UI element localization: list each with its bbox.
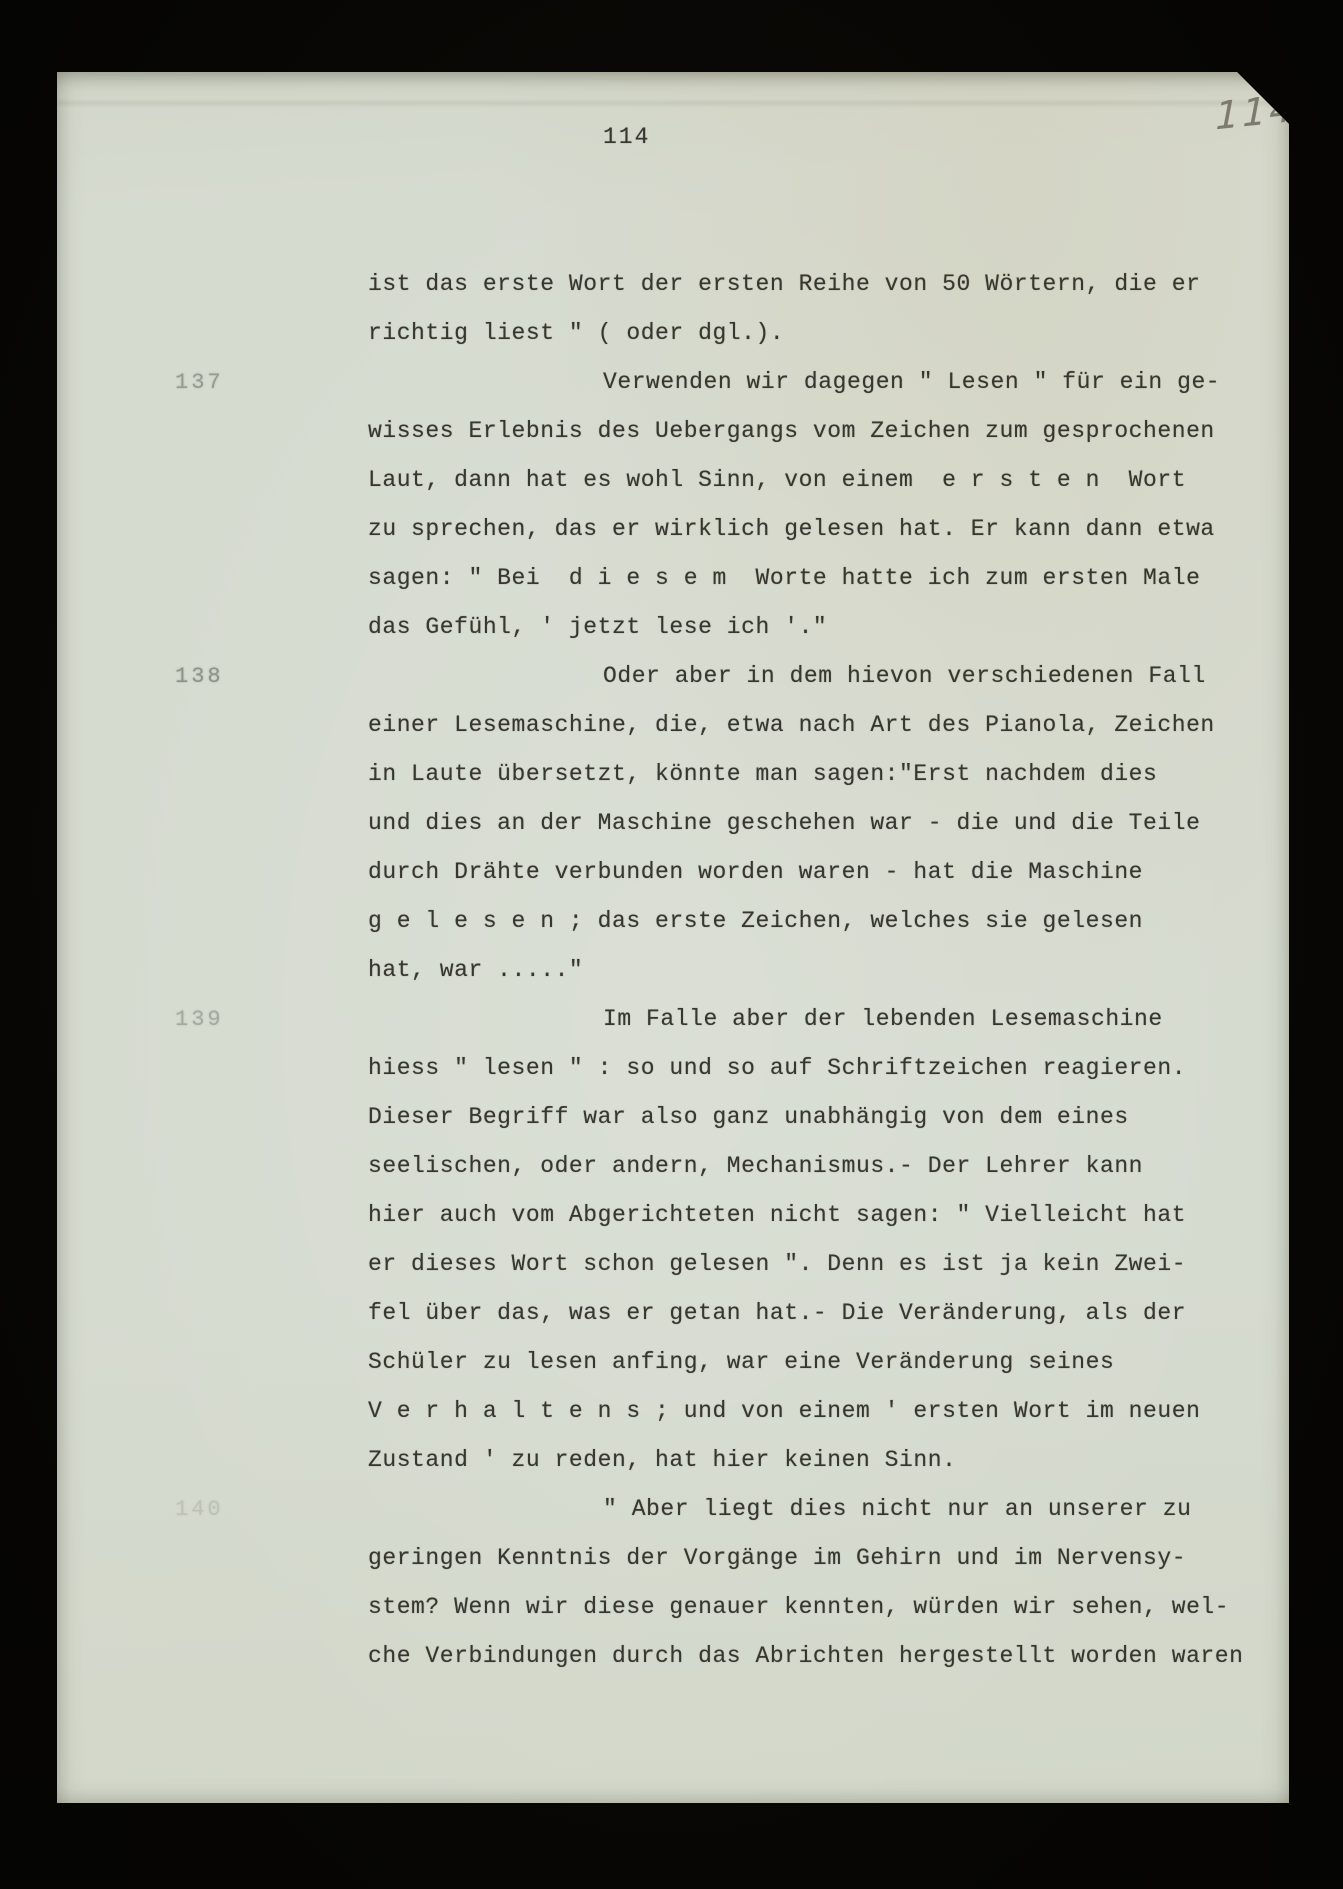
text-line-content: durch Drähte verbunden worden waren - ha… (368, 859, 1143, 885)
text-line: Laut, dann hat es wohl Sinn, von einem e… (368, 456, 1268, 505)
text-line: che Verbindungen durch das Abrichten her… (368, 1632, 1268, 1681)
margin-paragraph-number: 140 (175, 1485, 224, 1534)
text-line-content: che Verbindungen durch das Abrichten her… (368, 1643, 1244, 1669)
text-line: er dieses Wort schon gelesen ". Denn es … (368, 1240, 1268, 1289)
text-line: zu sprechen, das er wirklich gelesen hat… (368, 505, 1268, 554)
text-line: Zustand ' zu reden, hat hier keinen Sinn… (368, 1436, 1268, 1485)
text-block: ist das erste Wort der ersten Reihe von … (368, 260, 1268, 1681)
text-line-content: und dies an der Maschine geschehen war -… (368, 810, 1200, 836)
text-line-content: in Laute übersetzt, könnte man sagen:"Er… (368, 761, 1157, 787)
text-line: fel über das, was er getan hat.- Die Ver… (368, 1289, 1268, 1338)
paper-crease (57, 98, 1289, 108)
text-line: durch Drähte verbunden worden waren - ha… (368, 848, 1268, 897)
paper-page: 114 114 ist das erste Wort der ersten Re… (57, 72, 1289, 1803)
text-line-content: Dieser Begriff war also ganz unabhängig … (368, 1104, 1129, 1130)
text-line-content: V e r h a l t e n s ; und von einem ' er… (368, 1398, 1200, 1424)
text-line-content: geringen Kenntnis der Vorgänge im Gehirn… (368, 1545, 1186, 1571)
handwritten-page-number: 114 (1215, 86, 1296, 139)
margin-paragraph-number: 139 (175, 995, 224, 1044)
text-line: V e r h a l t e n s ; und von einem ' er… (368, 1387, 1268, 1436)
text-line: und dies an der Maschine geschehen war -… (368, 799, 1268, 848)
text-line-content: stem? Wenn wir diese genauer kennten, wü… (368, 1594, 1229, 1620)
typed-page-number: 114 (603, 124, 650, 150)
text-line-content: zu sprechen, das er wirklich gelesen hat… (368, 516, 1215, 542)
text-line-content: hat, war ....." (368, 957, 583, 983)
text-line: das Gefühl, ' jetzt lese ich '." (368, 603, 1268, 652)
text-line: geringen Kenntnis der Vorgänge im Gehirn… (368, 1534, 1268, 1583)
text-line-content: Zustand ' zu reden, hat hier keinen Sinn… (368, 1447, 956, 1473)
text-line: sagen: " Bei d i e s e m Worte hatte ich… (368, 554, 1268, 603)
text-line-content: Oder aber in dem hievon verschiedenen Fa… (603, 663, 1206, 689)
text-line: wisses Erlebnis des Uebergangs vom Zeich… (368, 407, 1268, 456)
text-line: hiess " lesen " : so und so auf Schriftz… (368, 1044, 1268, 1093)
text-line: seelischen, oder andern, Mechanismus.- D… (368, 1142, 1268, 1191)
text-line-content: fel über das, was er getan hat.- Die Ver… (368, 1300, 1186, 1326)
text-line: einer Lesemaschine, die, etwa nach Art d… (368, 701, 1268, 750)
text-line-content: richtig liest " ( oder dgl.). (368, 320, 784, 346)
text-line-content: einer Lesemaschine, die, etwa nach Art d… (368, 712, 1215, 738)
text-line-content: Laut, dann hat es wohl Sinn, von einem e… (368, 467, 1186, 493)
text-line-content: Schüler zu lesen anfing, war eine Veränd… (368, 1349, 1114, 1375)
text-line-content: hier auch vom Abgerichteten nicht sagen:… (368, 1202, 1186, 1228)
text-line-content: hiess " lesen " : so und so auf Schriftz… (368, 1055, 1186, 1081)
margin-paragraph-number: 137 (175, 358, 224, 407)
text-line: 140" Aber liegt dies nicht nur an unsere… (368, 1485, 1268, 1534)
text-line: Schüler zu lesen anfing, war eine Veränd… (368, 1338, 1268, 1387)
text-line: stem? Wenn wir diese genauer kennten, wü… (368, 1583, 1268, 1632)
text-line: Dieser Begriff war also ganz unabhängig … (368, 1093, 1268, 1142)
text-line-content: Verwenden wir dagegen " Lesen " für ein … (603, 369, 1220, 395)
text-line: hier auch vom Abgerichteten nicht sagen:… (368, 1191, 1268, 1240)
text-line: hat, war ....." (368, 946, 1268, 995)
text-line: g e l e s e n ; das erste Zeichen, welch… (368, 897, 1268, 946)
text-line-content: Im Falle aber der lebenden Lesemaschine (603, 1006, 1163, 1032)
text-line: 138Oder aber in dem hievon verschiedenen… (368, 652, 1268, 701)
text-line-content: er dieses Wort schon gelesen ". Denn es … (368, 1251, 1186, 1277)
text-line: ist das erste Wort der ersten Reihe von … (368, 260, 1268, 309)
text-line-content: wisses Erlebnis des Uebergangs vom Zeich… (368, 418, 1215, 444)
text-line: in Laute übersetzt, könnte man sagen:"Er… (368, 750, 1268, 799)
text-line-content: ist das erste Wort der ersten Reihe von … (368, 271, 1200, 297)
text-line: 137Verwenden wir dagegen " Lesen " für e… (368, 358, 1268, 407)
text-line: richtig liest " ( oder dgl.). (368, 309, 1268, 358)
text-line-content: sagen: " Bei d i e s e m Worte hatte ich… (368, 565, 1200, 591)
text-line: 139Im Falle aber der lebenden Lesemaschi… (368, 995, 1268, 1044)
text-line-content: " Aber liegt dies nicht nur an unserer z… (603, 1496, 1191, 1522)
text-line-content: seelischen, oder andern, Mechanismus.- D… (368, 1153, 1143, 1179)
scanned-document: { "page": { "typed_page_number": "114", … (0, 0, 1343, 1889)
text-line-content: g e l e s e n ; das erste Zeichen, welch… (368, 908, 1143, 934)
margin-paragraph-number: 138 (175, 652, 224, 701)
text-line-content: das Gefühl, ' jetzt lese ich '." (368, 614, 827, 640)
